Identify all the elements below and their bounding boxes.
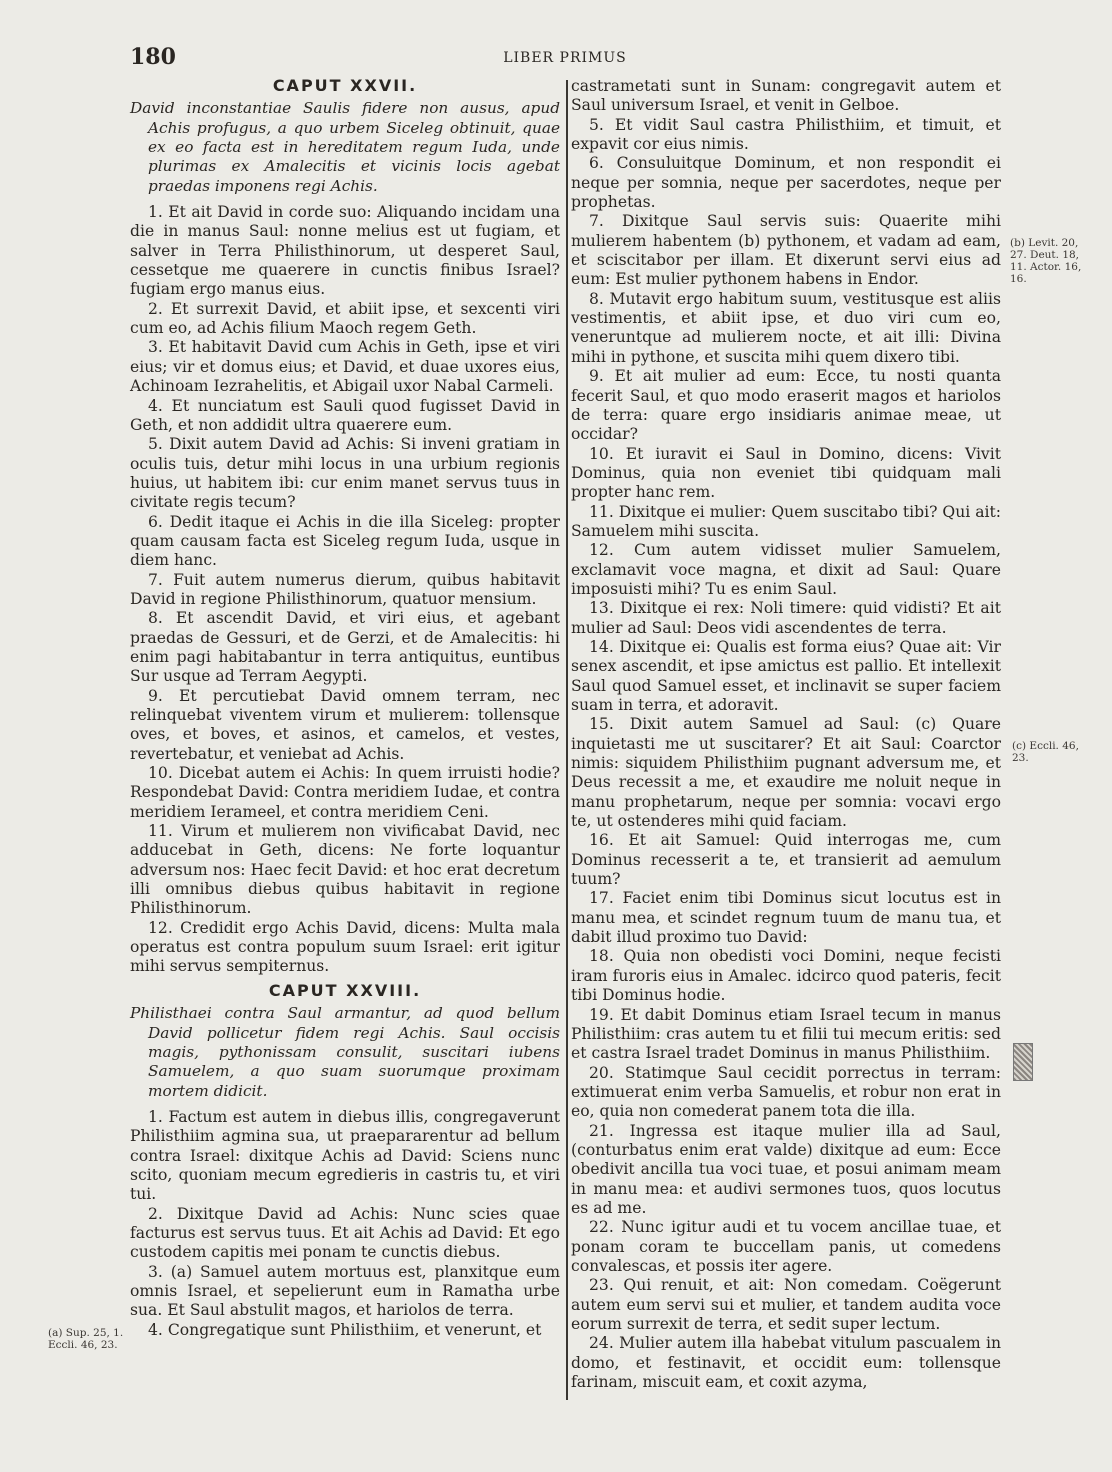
chapter-27-summary: David inconstantiae Saulis fidere non au… [130, 99, 560, 196]
verse: 6. Dedit itaque ei Achis in die illa Sic… [130, 513, 560, 571]
verse: 12. Cum autem vidisset mulier Samuelem, … [571, 541, 1001, 599]
verse: 8. Et ascendit David, et viri eius, et a… [130, 609, 560, 686]
verse: 4. Et nunciatum est Sauli quod fugisset … [130, 397, 560, 436]
book-page: 180 LIBER PRIMUS CAPUT XXVII. David inco… [0, 0, 1112, 1472]
verse: 11. Dixitque ei mulier: Quem suscitabo t… [571, 503, 1001, 542]
verse: 7. Dixitque Saul servis suis: Quaerite m… [571, 212, 1001, 289]
marginal-note-b: (b) Levit. 20, 27. Deut. 18, 11. Actor. … [1010, 237, 1090, 285]
verse: 24. Mulier autem illa habebat vitulum pa… [571, 1334, 1001, 1392]
right-column-verses: 5. Et vidit Saul castra Philisthiim, et … [571, 116, 1001, 1393]
verse: 21. Ingressa est itaque mulier illa ad S… [571, 1122, 1001, 1219]
verse: 14. Dixitque ei: Qualis est forma eius? … [571, 638, 1001, 715]
verse: 4. Congregatique sunt Philisthiim, et ve… [130, 1321, 560, 1340]
column-divider [566, 80, 568, 1400]
verse-continuation: castrametati sunt in Sunam: congregavit … [571, 77, 1001, 116]
chapter-27-verses: 1. Et ait David in corde suo: Aliquando … [130, 203, 560, 977]
verse: 17. Faciet enim tibi Dominus sicut locut… [571, 889, 1001, 947]
verse: 9. Et percutiebat David omnem terram, ne… [130, 687, 560, 764]
right-column: castrametati sunt in Sunam: congregavit … [571, 77, 1001, 1392]
verse: 20. Statimque Saul cecidit porrectus in … [571, 1064, 1001, 1122]
verse: 19. Et dabit Dominus etiam Israel tecum … [571, 1006, 1001, 1064]
page-header: 180 LIBER PRIMUS [130, 44, 1000, 74]
verse: 10. Et iuravit ei Saul in Domino, dicens… [571, 445, 1001, 503]
chapter-28-title: CAPUT XXVIII. [130, 981, 560, 1000]
verse: 1. Et ait David in corde suo: Aliquando … [130, 203, 560, 300]
library-stamp-icon [1013, 1043, 1033, 1081]
verse: 5. Et vidit Saul castra Philisthiim, et … [571, 116, 1001, 155]
verse: 13. Dixitque ei rex: Noli timere: quid v… [571, 599, 1001, 638]
verse: 7. Fuit autem numerus dierum, quibus hab… [130, 571, 560, 610]
verse: 23. Qui renuit, et ait: Non comedam. Coë… [571, 1276, 1001, 1334]
verse: 3. (a) Samuel autem mortuus est, planxit… [130, 1263, 560, 1321]
verse: 10. Dicebat autem ei Achis: In quem irru… [130, 764, 560, 822]
verse: 15. Dixit autem Samuel ad Saul: (c) Quar… [571, 715, 1001, 831]
verse: 1. Factum est autem in diebus illis, con… [130, 1108, 560, 1205]
verse: 8. Mutavit ergo habitum suum, vestitusqu… [571, 290, 1001, 367]
verse: 3. Et habitavit David cum Achis in Geth,… [130, 338, 560, 396]
verse: 11. Virum et mulierem non vivificabat Da… [130, 822, 560, 919]
verse: 6. Consuluitque Dominum, et non respondi… [571, 154, 1001, 212]
chapter-28-verses: 1. Factum est autem in diebus illis, con… [130, 1108, 560, 1340]
verse: 2. Dixitque David ad Achis: Nunc scies q… [130, 1205, 560, 1263]
left-column: CAPUT XXVII. David inconstantiae Saulis … [130, 76, 560, 1340]
verse: 16. Et ait Samuel: Quid interrogas me, c… [571, 831, 1001, 889]
running-head: LIBER PRIMUS [130, 50, 1000, 66]
verse: 2. Et surrexit David, et abiit ipse, et … [130, 300, 560, 339]
chapter-27-title: CAPUT XXVII. [130, 76, 560, 95]
chapter-28-summary: Philisthaei contra Saul armantur, ad quo… [130, 1004, 560, 1101]
verse: 9. Et ait mulier ad eum: Ecce, tu nosti … [571, 367, 1001, 444]
marginal-note-a: (a) Sup. 25, 1. Eccli. 46, 23. [48, 1327, 128, 1351]
marginal-note-c: (c) Eccli. 46, 23. [1012, 740, 1092, 764]
verse: 5. Dixit autem David ad Achis: Si inveni… [130, 435, 560, 512]
verse: 22. Nunc igitur audi et tu vocem ancilla… [571, 1218, 1001, 1276]
verse: 12. Credidit ergo Achis David, dicens: M… [130, 919, 560, 977]
verse: 18. Quia non obedisti voci Domini, neque… [571, 947, 1001, 1005]
